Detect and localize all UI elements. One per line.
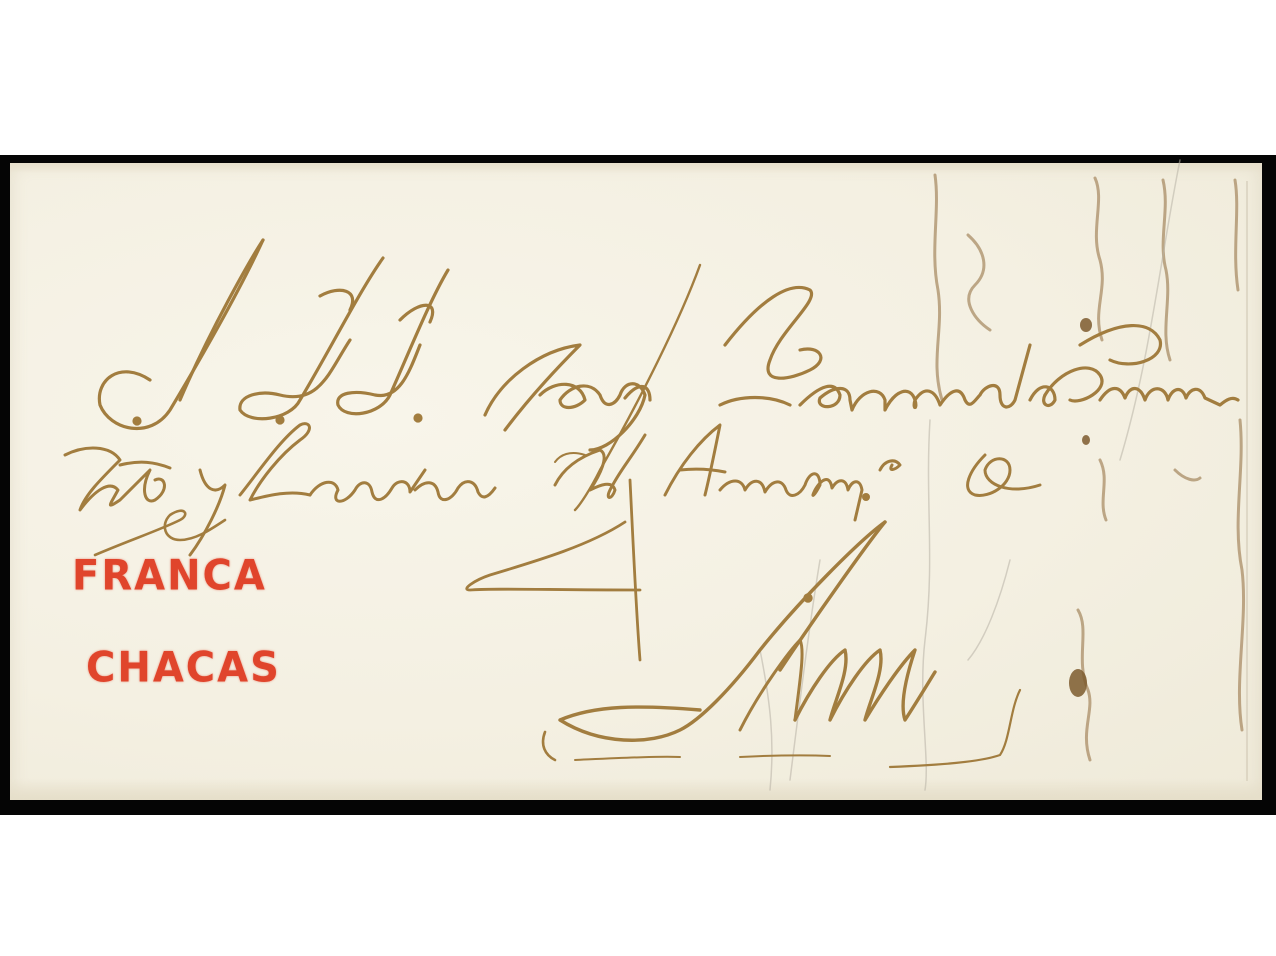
handstamp-line-1: FRANCA — [72, 555, 267, 597]
handstamp-line-2: CHACAS — [86, 647, 281, 689]
folded-flap-edge — [1246, 181, 1248, 781]
